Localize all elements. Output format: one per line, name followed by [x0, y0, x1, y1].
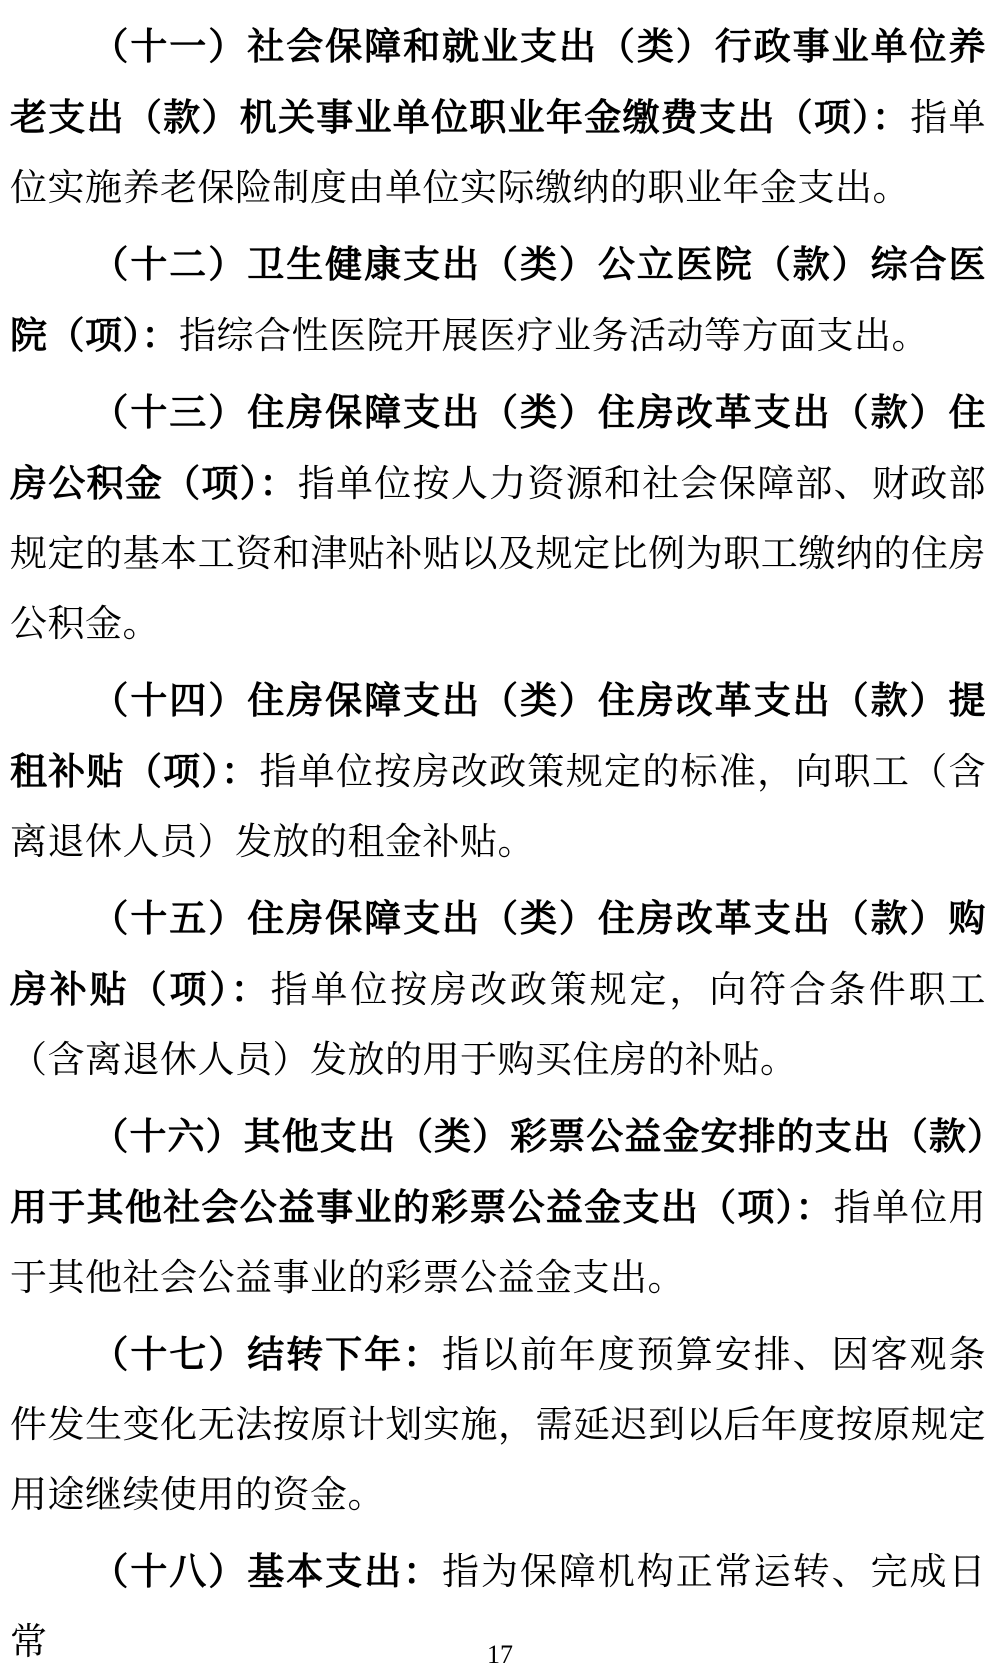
clause-description: 指综合性医院开展医疗业务活动等方面支出。 [179, 316, 929, 357]
clause-heading: （十一）社会保障和就业支出（类）行政事业单位养老支出（款）机关事业单位职业年金缴… [10, 26, 986, 138]
clause-item-14: （十四）住房保障支出（类）住房改革支出（款）提租补贴（项）：指单位按房改政策规定… [10, 666, 986, 878]
clause-heading: （十七）结转下年： [91, 1334, 442, 1375]
clause-item-15: （十五）住房保障支出（类）住房改革支出（款）购房补贴（项）：指单位按房改政策规定… [10, 884, 986, 1096]
clause-item-13: （十三）住房保障支出（类）住房改革支出（款）住房公积金（项）：指单位按人力资源和… [10, 378, 986, 660]
clause-item-12: （十二）卫生健康支出（类）公立医院（款）综合医院（项）：指综合性医院开展医疗业务… [10, 230, 986, 372]
clause-item-11: （十一）社会保障和就业支出（类）行政事业单位养老支出（款）机关事业单位职业年金缴… [10, 12, 986, 224]
clause-heading: （十八）基本支出： [91, 1551, 442, 1592]
page-number: 17 [0, 1640, 1000, 1670]
clause-item-17: （十七）结转下年：指以前年度预算安排、因客观条件发生变化无法按原计划实施，需延迟… [10, 1320, 986, 1531]
document-page: （十一）社会保障和就业支出（类）行政事业单位养老支出（款）机关事业单位职业年金缴… [0, 0, 1000, 1680]
clause-item-16: （十六）其他支出（类）彩票公益金安排的支出（款）用于其他社会公益事业的彩票公益金… [10, 1102, 986, 1314]
